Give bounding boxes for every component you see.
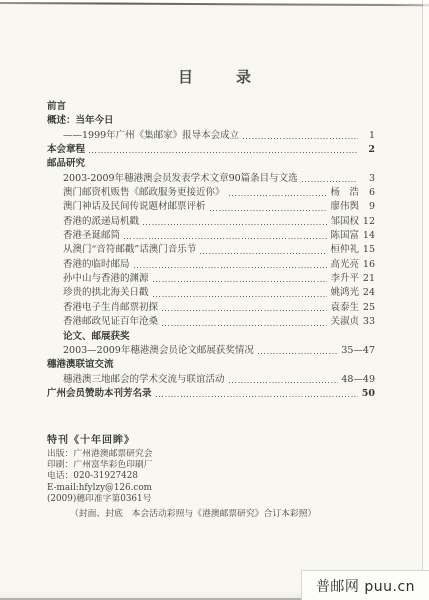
toc-row: 从澳门“音符邮戳”话澳门音乐节桓仲礼15 — [47, 243, 375, 257]
toc-entry-title: 从澳门“音符邮戳”话澳门音乐节 — [63, 243, 196, 257]
page-title: 目 录 — [0, 66, 429, 87]
toc-entry-page: 14 — [361, 229, 375, 243]
toc-entry-title: 澳门邮资机贩售《邮政服务更接近你》 — [63, 186, 225, 200]
toc-row: 2003-2009年穗港澳会员发表学术文章90篇条目与文选3 — [47, 172, 375, 186]
toc-entry-page: 15 — [361, 243, 375, 257]
toc-entry-title: 香港的临时邮局 — [63, 258, 130, 272]
toc-entry-title: 论文、邮展获奖 — [63, 330, 130, 344]
toc-entry-author: 桓仲礼 — [330, 243, 359, 257]
dot-leader — [200, 243, 327, 257]
toc-entry-page: 48—49 — [341, 373, 375, 387]
toc-row: 概述：当年今日 — [47, 114, 375, 128]
toc-entry-title: 香港圣诞邮筒 — [63, 229, 120, 243]
colophon: 特刊《十年回眸》 出版：广州港澳邮票研究会印刷：广州富华彩色印刷厂电话：020-… — [47, 431, 387, 520]
toc-row: 本会章程2 — [47, 143, 375, 157]
toc-entry-page: 50 — [361, 387, 375, 401]
toc-row: 香港电子生肖邮票初探袁泰生25 — [47, 301, 375, 315]
toc-entry-title: 邮品研究 — [47, 157, 85, 171]
toc-entry-title: ——1999年广州《集邮家》报导本会成立 — [63, 129, 239, 143]
toc-entry-page: 9 — [361, 200, 375, 214]
dot-leader — [229, 186, 328, 200]
toc-entry-title: 穗港澳三地邮会的学术交流与联谊活动 — [63, 373, 225, 387]
toc-entry-page: 1 — [361, 129, 375, 143]
toc-row: 2003—2009年穗港澳会员论文邮展获奖情况35—47 — [47, 344, 375, 358]
toc-entry-title: 香港邮政见证百年沧桑 — [63, 315, 158, 329]
toc-entry-title: 前言 — [47, 100, 66, 114]
dot-leader — [153, 286, 328, 300]
colophon-line: E-mail:hfylzy@126.com — [47, 483, 387, 494]
toc-entry-author: 陈国富 — [330, 229, 359, 243]
toc-row: 香港的派递局机戳邹国权12 — [47, 215, 375, 229]
toc-row: 穗港澳三地邮会的学术交流与联谊活动48—49 — [47, 373, 375, 387]
colophon-lines: 出版：广州港澳邮票研究会印刷：广州富华彩色印刷厂电话：020-31927428E… — [47, 449, 387, 505]
toc-row: 澳门神话及民间传说题材邮票评析廖伟舆9 — [47, 200, 375, 214]
colophon-line: 出版：广州港澳邮票研究会 — [47, 449, 387, 460]
toc-entry-page: 2 — [361, 143, 375, 157]
toc-entry-title: 孙中山与香港的渊源 — [63, 272, 149, 286]
dot-leader — [124, 229, 327, 243]
toc-list: 前言概述：当年今日——1999年广州《集邮家》报导本会成立1本会章程2邮品研究2… — [47, 100, 375, 401]
dot-leader — [156, 387, 358, 401]
toc-entry-title: 澳门神话及民间传说题材邮票评析 — [63, 200, 206, 214]
toc-entry-title: 香港电子生肖邮票初探 — [63, 301, 158, 315]
scan-right-edge-line — [422, 0, 423, 600]
toc-row: 孙中山与香港的渊源李升平21 — [47, 272, 375, 286]
toc-entry-page: 21 — [361, 272, 375, 286]
dot-leader — [229, 373, 339, 387]
toc-entry-author: 廖伟舆 — [330, 200, 359, 214]
toc-entry-page: 3 — [361, 172, 375, 186]
dot-leader — [134, 258, 328, 272]
toc-entry-author: 李升平 — [330, 272, 359, 286]
scan-right-edge — [423, 0, 429, 600]
colophon-line: (2009)穗印准字第0361号 — [47, 494, 387, 505]
toc-entry-title: 广州会员赞助本刊芳名录 — [47, 387, 152, 401]
toc-entry-page: 35—47 — [341, 344, 375, 358]
toc-entry-page: 25 — [361, 301, 375, 315]
watermark-badge: 普邮网 puu.cn — [301, 570, 429, 600]
dot-leader — [162, 315, 327, 329]
toc-row: 广州会员赞助本刊芳名录50 — [47, 387, 375, 401]
dot-leader — [243, 129, 358, 143]
toc-entry-title: 2003-2009年穗港澳会员发表学术文章90篇条目与文选 — [63, 172, 298, 186]
dot-leader — [89, 143, 358, 157]
toc-row: 珍贵的拱北海关日戳姚鸿光24 — [47, 286, 375, 300]
dot-leader — [210, 200, 328, 214]
colophon-title: 特刊《十年回眸》 — [47, 431, 387, 446]
colophon-note: （封面、封底 本会活动彩照与《港澳邮票研究》合订本彩照） — [70, 509, 387, 520]
toc-row: 邮品研究 — [47, 157, 375, 171]
toc-entry-title: 本会章程 — [47, 143, 85, 157]
toc-entry-page: 24 — [361, 286, 375, 300]
toc-entry-title: 香港的派递局机戳 — [63, 215, 139, 229]
toc-row: 香港的临时邮局高光亮16 — [47, 258, 375, 272]
toc-row: 香港邮政见证百年沧桑关淑贞33 — [47, 315, 375, 329]
toc-entry-author: 关淑贞 — [330, 315, 359, 329]
dot-leader — [153, 272, 328, 286]
toc-row: 前言 — [47, 100, 375, 114]
toc-entry-page: 33 — [361, 315, 375, 329]
colophon-line: 印刷：广州富华彩色印刷厂 — [47, 460, 387, 471]
toc-entry-title: 珍贵的拱北海关日戳 — [63, 286, 149, 300]
watermark-text: 普邮网 puu.cn — [316, 576, 415, 596]
toc-row: 穗港澳联谊交流 — [47, 358, 375, 372]
toc-row: 澳门邮资机贩售《邮政服务更接近你》杨 浩6 — [47, 186, 375, 200]
toc-row: ——1999年广州《集邮家》报导本会成立1 — [47, 129, 375, 143]
toc-entry-author: 高光亮 — [330, 258, 359, 272]
toc-entry-page: 12 — [361, 215, 375, 229]
toc-entry-author: 杨 浩 — [330, 186, 359, 200]
toc-row: 香港圣诞邮筒陈国富14 — [47, 229, 375, 243]
toc-entry-author: 姚鸿光 — [330, 286, 359, 300]
dot-leader — [143, 215, 327, 229]
dot-leader — [258, 344, 338, 358]
toc-entry-page: 6 — [361, 186, 375, 200]
toc-entry-title: 概述：当年今日 — [47, 114, 114, 128]
toc-entry-page: 16 — [361, 258, 375, 272]
toc-row: 论文、邮展获奖 — [47, 330, 375, 344]
toc-entry-title: 2003—2009年穗港澳会员论文邮展获奖情况 — [63, 344, 254, 358]
toc-entry-title: 穗港澳联谊交流 — [47, 358, 114, 372]
toc-entry-author: 袁泰生 — [330, 301, 359, 315]
colophon-line: 电话：020-31927428 — [47, 471, 387, 482]
dot-leader — [302, 172, 358, 186]
dot-leader — [162, 301, 327, 315]
toc-entry-author: 邹国权 — [330, 215, 359, 229]
